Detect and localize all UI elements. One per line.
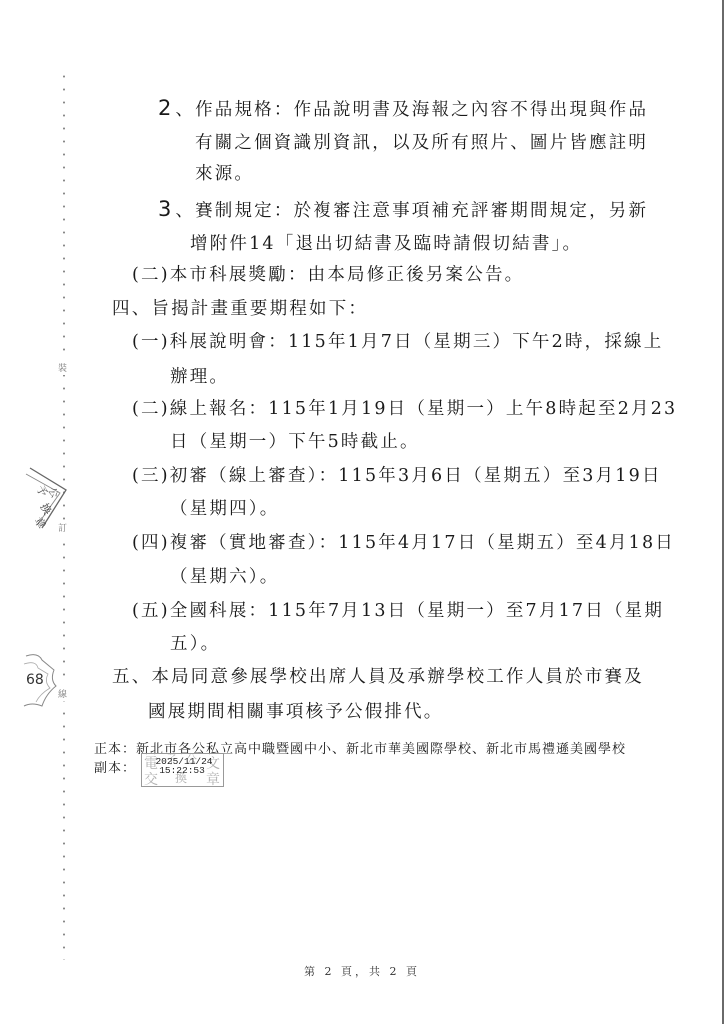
item-2-line-3: 來源。 bbox=[195, 163, 254, 185]
section-3-2: (二)本市科展獎勵：由本局修正後另案公告。 bbox=[132, 264, 524, 286]
schedule-3-line-2: （星期四）。 bbox=[170, 498, 279, 520]
svg-text:章: 章 bbox=[31, 515, 49, 531]
item-2-line-2: 有關之個資識別資訊，以及所有照片、圖片皆應註明 bbox=[195, 132, 648, 154]
schedule-2-line-1: (二)線上報名：115年1月19日（星期一）上午8時起至2月23 bbox=[132, 398, 677, 420]
binding-mark-top: 裝 bbox=[58, 360, 67, 375]
document-page: 裝 訂 線 予 公 换 章 68 2、作品規格：作品說明書及海報之內容不得出現與… bbox=[0, 0, 724, 1024]
schedule-3-line-1: (三)初審（線上審查）：115年3月6日（星期五）至3月19日 bbox=[132, 465, 662, 487]
schedule-4-line-2: （星期六）。 bbox=[170, 566, 279, 588]
svg-text:68: 68 bbox=[26, 672, 44, 688]
page-footer: 第 2 頁，共 2 頁 bbox=[0, 963, 724, 979]
copy-recipients-label: 副本： bbox=[94, 757, 136, 776]
schedule-2-line-2: 日（星期一）下午5時截止。 bbox=[170, 431, 420, 453]
section-5-line-2: 國展期間相關事項核予公假排代。 bbox=[148, 701, 444, 723]
seal-time: 15:22:53 bbox=[152, 766, 212, 776]
item-3-line-1: 3、賽制規定：於複審注意事項補充評審期間規定，另新 bbox=[158, 198, 648, 222]
item-3-line-2: 增附件14「退出切結書及臨時請假切結書」。 bbox=[190, 233, 582, 255]
schedule-4-line-1: (四)複審（實地審查）：115年4月17日（星期五）至4月18日 bbox=[132, 532, 675, 554]
partial-seal-stamp-icon: 予 公 换 章 bbox=[22, 460, 68, 530]
item-2-line-1: 2、作品規格：作品說明書及海報之內容不得出現與作品 bbox=[158, 97, 648, 121]
schedule-1-line-2: 辦理。 bbox=[170, 366, 229, 388]
section-5-line-1: 五、本局同意參展學校出席人員及承辦學校工作人員於市賽及 bbox=[112, 666, 644, 688]
partial-emblem-stamp-icon: 68 bbox=[20, 650, 60, 710]
electronic-exchange-seal: 電 子 公 文 交 換 章 2025/11/24 15:22:53 bbox=[141, 753, 224, 787]
schedule-1-line-1: (一)科展說明會：115年1月7日（星期三）下午2時，採線上 bbox=[132, 331, 663, 353]
schedule-5-line-1: (五)全國科展：115年7月13日（星期一）至7月17日（星期 bbox=[132, 600, 664, 622]
schedule-5-line-2: 五）。 bbox=[170, 633, 220, 655]
section-4-heading: 四、旨揭計畫重要期程如下： bbox=[112, 298, 368, 320]
